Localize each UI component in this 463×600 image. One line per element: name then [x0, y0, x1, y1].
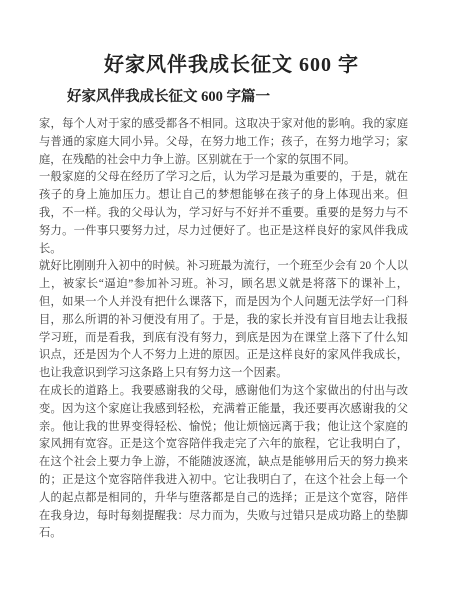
essay-body: 家，每个人对于家的感受都各不相同。这取决于家对他的影响。我的家庭与普通的家庭大同… [39, 116, 408, 543]
paragraph-2: 一般家庭的父母在经历了学习之后，认为学习是最为重要的，于是，就在孩子的身上施加压… [39, 169, 408, 258]
document-content: 好家风伴我成长征文 600 字篇一 家，每个人对于家的感受都各不相同。这取决于家… [39, 88, 408, 543]
document-subtitle: 好家风伴我成长征文 600 字篇一 [39, 88, 408, 107]
document-title: 好家风伴我成长征文 600 字 [0, 0, 463, 78]
paragraph-3: 就好比刚刚升入初中的时候。补习班最为流行，一个班至少会有 20 个人以上，被家长… [39, 258, 408, 383]
paragraph-1: 家，每个人对于家的感受都各不相同。这取决于家对他的影响。我的家庭与普通的家庭大同… [39, 116, 408, 169]
document-page: 好家风伴我成长征文 600 字 好家风伴我成长征文 600 字篇一 家，每个人对… [0, 0, 463, 600]
paragraph-4: 在成长的道路上。我要感谢我的父母，感谢他们为这个家做出的付出与改变。因为这个家庭… [39, 383, 408, 543]
